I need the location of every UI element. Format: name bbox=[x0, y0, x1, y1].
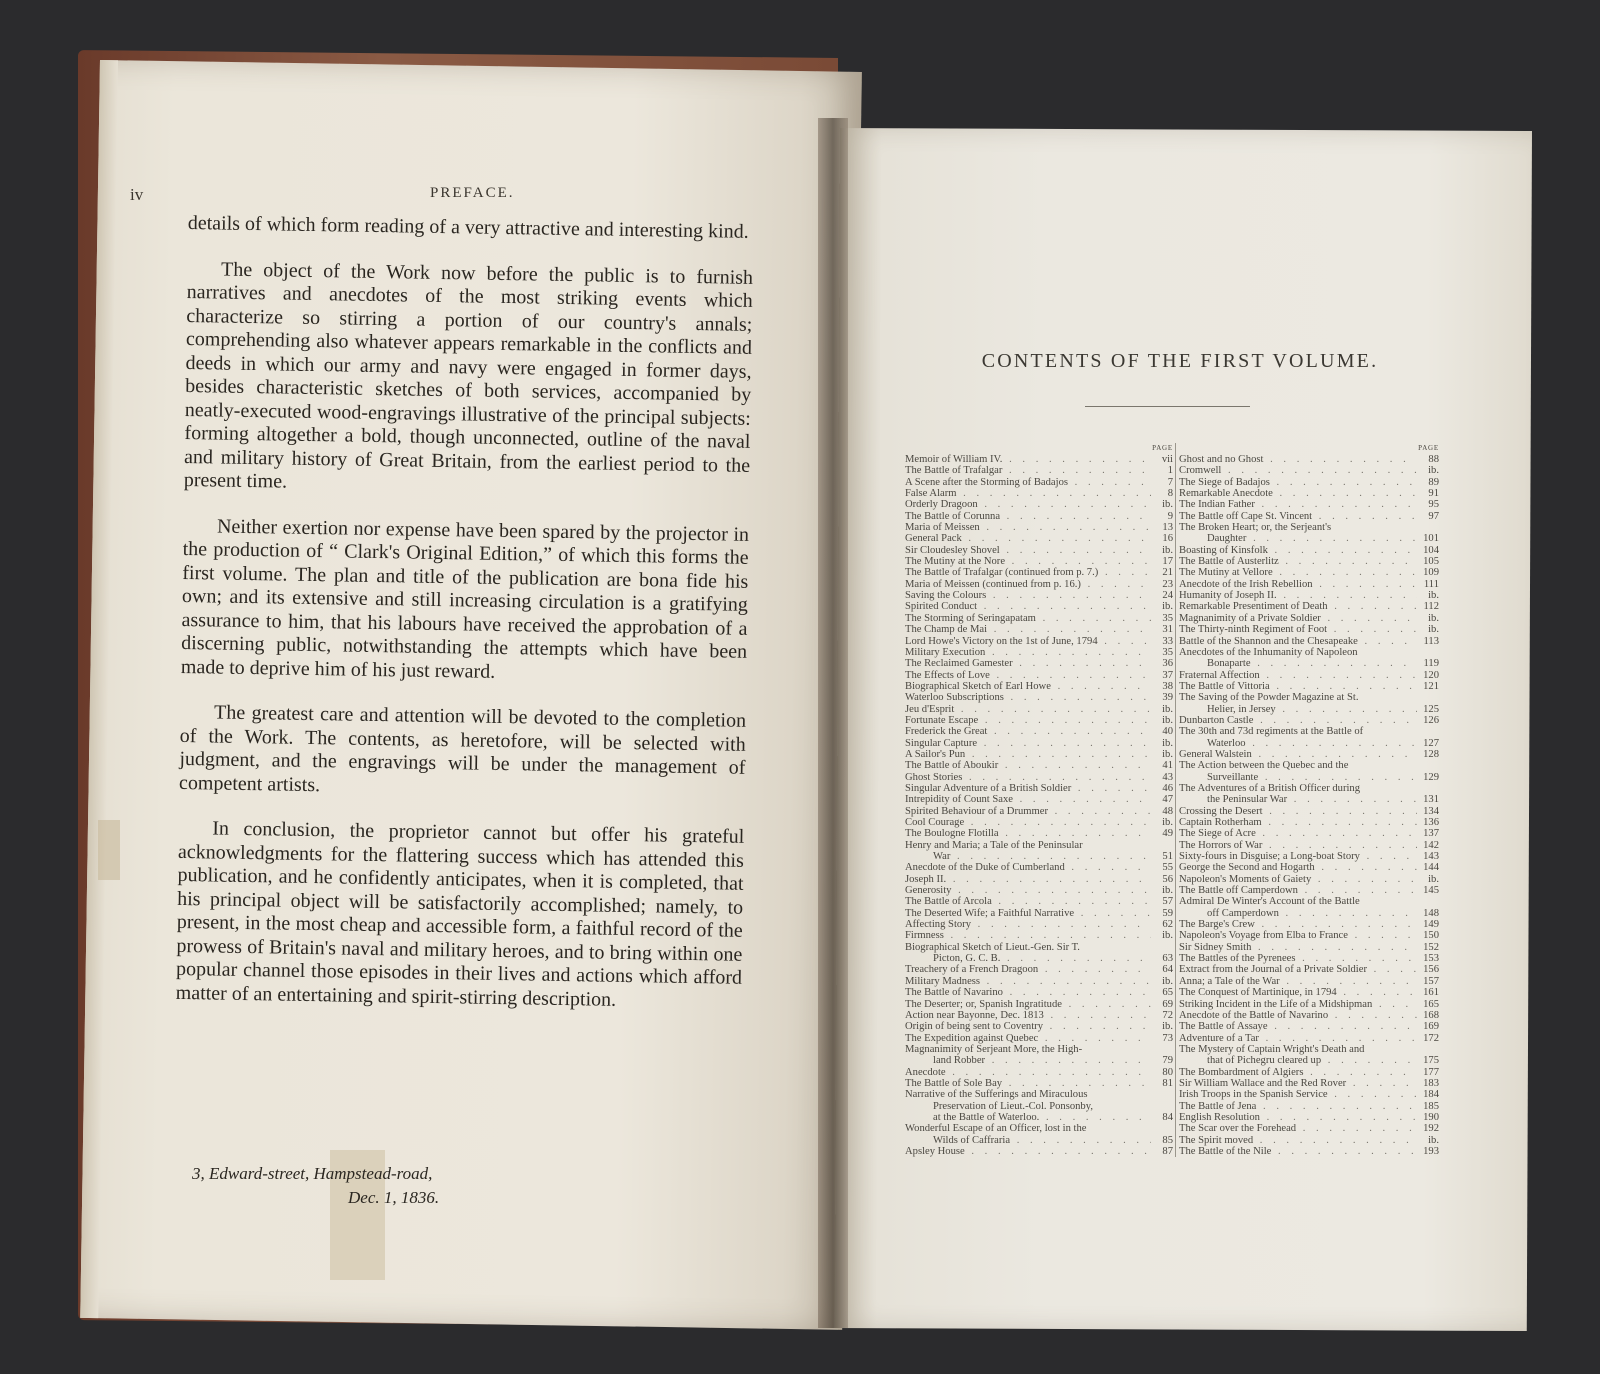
toc-entry: Biographical Sketch of Earl Howe38 bbox=[905, 681, 1173, 692]
toc-entry-page: 169 bbox=[1417, 1021, 1439, 1032]
toc-entry-page: 1 bbox=[1151, 465, 1173, 476]
toc-entry-page: ib. bbox=[1151, 545, 1173, 556]
toc-entry-page: 177 bbox=[1417, 1067, 1439, 1078]
toc-entry-page: 8 bbox=[1151, 488, 1173, 499]
toc-entry-title: The Bombardment of Algiers bbox=[1179, 1067, 1417, 1078]
toc-entry: The Battle of Arcola57 bbox=[905, 896, 1173, 907]
title-rule bbox=[1085, 406, 1250, 407]
toc-entry-title: Affecting Story bbox=[905, 919, 1151, 930]
toc-entry-title: The Saving of the Powder Magazine at St. bbox=[1179, 692, 1417, 703]
toc-entry: Extract from the Journal of a Private So… bbox=[1179, 964, 1439, 975]
toc-entry-page: 65 bbox=[1151, 987, 1173, 998]
toc-entry-page: 134 bbox=[1417, 806, 1439, 817]
toc-entry-page: 183 bbox=[1417, 1078, 1439, 1089]
signoff-date: Dec. 1, 1836. bbox=[192, 1186, 439, 1210]
toc-entry: Spirited Conductib. bbox=[905, 601, 1173, 612]
toc-entry-page: 79 bbox=[1151, 1055, 1173, 1066]
toc-entry-page: ib. bbox=[1151, 885, 1173, 896]
toc-entry: The Battles of the Pyrenees153 bbox=[1179, 953, 1439, 964]
running-head-title: PREFACE. bbox=[430, 185, 515, 202]
toc-entry: Waterloo Subscriptions39 bbox=[905, 692, 1173, 703]
toc-entry-title: The Barge's Crew bbox=[1179, 919, 1417, 930]
toc-entry-page: 38 bbox=[1151, 681, 1173, 692]
toc-entry-page: 136 bbox=[1417, 817, 1439, 828]
toc-entry-page: 17 bbox=[1151, 556, 1173, 567]
toc-entry-page: ib. bbox=[1417, 465, 1439, 476]
toc-entry-page: 113 bbox=[1417, 636, 1439, 647]
toc-entry: Ghost Stories43 bbox=[905, 772, 1173, 783]
toc-entry-page: 72 bbox=[1151, 1010, 1173, 1021]
toc-entry-page: ib. bbox=[1151, 1021, 1173, 1032]
toc-entry-page: 121 bbox=[1417, 681, 1439, 692]
toc-entry-page: 143 bbox=[1417, 851, 1439, 862]
toc-entry-title: The Indian Father bbox=[1179, 499, 1417, 510]
toc-entry-page: 142 bbox=[1417, 840, 1439, 851]
toc-entry-title: Striking Incident in the Life of a Midsh… bbox=[1179, 999, 1417, 1010]
toc-column-left: PAGE Memoir of William IV.viiThe Battle … bbox=[905, 443, 1173, 1157]
toc-entry-title: The Battle of Aboukir bbox=[905, 760, 1151, 771]
toc-entry-title: Waterloo Subscriptions bbox=[905, 692, 1151, 703]
toc-entry-page: 35 bbox=[1151, 647, 1173, 658]
toc-entry: The Saving of the Powder Magazine at St. bbox=[1179, 692, 1439, 703]
toc-entry-title: The Battle of Navarino bbox=[905, 987, 1151, 998]
toc-entry-title: Cool Courage bbox=[905, 817, 1151, 828]
toc-entry: Singular Adventure of a British Soldier4… bbox=[905, 783, 1173, 794]
toc-entry: Picton, G. C. B.63 bbox=[905, 953, 1173, 964]
toc-entry-page: 145 bbox=[1417, 885, 1439, 896]
toc-entry-page: 62 bbox=[1151, 919, 1173, 930]
toc-entry: the Peninsular War131 bbox=[1179, 794, 1439, 805]
toc-entry-page: 192 bbox=[1417, 1123, 1439, 1134]
toc-entry-page: 156 bbox=[1417, 964, 1439, 975]
toc-entry: Boasting of Kinsfolk104 bbox=[1179, 545, 1439, 556]
toc-entry-page: 175 bbox=[1417, 1055, 1439, 1066]
toc-entry-page: 36 bbox=[1151, 658, 1173, 669]
toc-entry: The Battle of Corunna9 bbox=[905, 511, 1173, 522]
toc-entry: Affecting Story62 bbox=[905, 919, 1173, 930]
toc-entry-title: The Conquest of Martinique, in 1794 bbox=[1179, 987, 1417, 998]
toc-entry-page: 126 bbox=[1417, 715, 1439, 726]
toc-entry-title: The Mutiny at the Nore bbox=[905, 556, 1151, 567]
toc-entry: The Scar over the Forehead192 bbox=[1179, 1123, 1439, 1134]
toc-entry: Bonaparte119 bbox=[1179, 658, 1439, 669]
toc-entry-title: Intrepidity of Count Saxe bbox=[905, 794, 1151, 805]
toc-entry-page: 165 bbox=[1417, 999, 1439, 1010]
toc-entry: A Sailor's Punib. bbox=[905, 749, 1173, 760]
toc-entry-page: 144 bbox=[1417, 862, 1439, 873]
toc-entry-page: 157 bbox=[1417, 976, 1439, 987]
toc-entry-page: 185 bbox=[1417, 1101, 1439, 1112]
toc-entry-title: The Effects of Love bbox=[905, 670, 1151, 681]
toc-entry: Joseph II.56 bbox=[905, 874, 1173, 885]
toc-entry-title: English Resolution bbox=[1179, 1112, 1417, 1123]
toc-entry: The 30th and 73d regiments at the Battle… bbox=[1179, 726, 1439, 737]
toc-entry-page: 55 bbox=[1151, 862, 1173, 873]
toc-entry: Firmnessib. bbox=[905, 930, 1173, 941]
toc-entry-title: The Mystery of Captain Wright's Death an… bbox=[1179, 1044, 1417, 1055]
toc-entry-title: Anecdote of the Irish Rebellion bbox=[1179, 579, 1417, 590]
toc-entry-page: 24 bbox=[1151, 590, 1173, 601]
toc-entry: Fortunate Escapeib. bbox=[905, 715, 1173, 726]
toc-entry-page: 148 bbox=[1417, 908, 1439, 919]
toc-entry-page: 49 bbox=[1151, 828, 1173, 839]
toc-entry: Wilds of Caffraria85 bbox=[905, 1135, 1173, 1146]
toc-entry: Wonderful Escape of an Officer, lost in … bbox=[905, 1123, 1173, 1134]
toc-entry-title: Singular Adventure of a British Soldier bbox=[905, 783, 1151, 794]
toc-entry-title: Spirited Behaviour of a Drummer bbox=[905, 806, 1151, 817]
toc-entry: Sir Cloudesley Shovelib. bbox=[905, 545, 1173, 556]
toc-entry-page: 59 bbox=[1151, 908, 1173, 919]
preface-paragraph: The greatest care and attention will be … bbox=[179, 701, 746, 804]
toc-entry: Spirited Behaviour of a Drummer48 bbox=[905, 806, 1173, 817]
toc-entry-title: The Mutiny at Vellore bbox=[1179, 567, 1417, 578]
toc-entry-page: ib. bbox=[1151, 749, 1173, 760]
toc-entry: Crossing the Desert134 bbox=[1179, 806, 1439, 817]
toc-entry: The Expedition against Quebec73 bbox=[905, 1033, 1173, 1044]
toc-entry: Ghost and no Ghost88 bbox=[1179, 454, 1439, 465]
toc-entry-title: The Spirit moved bbox=[1179, 1135, 1417, 1146]
toc-entry-page: 149 bbox=[1417, 919, 1439, 930]
toc-entry: Treachery of a French Dragoon64 bbox=[905, 964, 1173, 975]
toc-entry: Sir William Wallace and the Red Rover183 bbox=[1179, 1078, 1439, 1089]
toc-entry-title: Frederick the Great bbox=[905, 726, 1151, 737]
toc-entry-title: The Battles of the Pyrenees bbox=[1179, 953, 1417, 964]
toc-entry-page: ib. bbox=[1417, 590, 1439, 601]
toc-entry: The Battle of Trafalgar (continued from … bbox=[905, 567, 1173, 578]
toc-entry-title: Orderly Dragoon bbox=[905, 499, 1151, 510]
paper-stain bbox=[98, 820, 120, 880]
preface-text: details of which form reading of a very … bbox=[175, 212, 754, 1036]
toc-entry-title: land Robber bbox=[905, 1055, 1151, 1066]
toc-entry-title: Helier, in Jersey bbox=[1179, 704, 1417, 715]
toc-entry: Sixty-fours in Disguise; a Long-boat Sto… bbox=[1179, 851, 1439, 862]
toc-entry: The Thirty-ninth Regiment of Footib. bbox=[1179, 624, 1439, 635]
toc-entry-title: Saving the Colours bbox=[905, 590, 1151, 601]
toc-entry-title: George the Second and Hogarth bbox=[1179, 862, 1417, 873]
toc-entry-title: The Champ de Mai bbox=[905, 624, 1151, 635]
toc-entry-title: at the Battle of Waterloo. bbox=[905, 1112, 1151, 1123]
toc-entry-title: False Alarm bbox=[905, 488, 1151, 499]
toc-entry: Magnanimity of Serjeant More, the High- bbox=[905, 1044, 1173, 1055]
toc-entry-title: The Battle of the Nile bbox=[1179, 1146, 1417, 1157]
toc-entry: Dunbarton Castle126 bbox=[1179, 715, 1439, 726]
toc-entry: The Deserter; or, Spanish Ingratitude69 bbox=[905, 999, 1173, 1010]
toc-entry-page: 97 bbox=[1417, 511, 1439, 522]
toc-entry: The Battle of Navarino65 bbox=[905, 987, 1173, 998]
toc-entry: The Mystery of Captain Wright's Death an… bbox=[1179, 1044, 1439, 1055]
toc-entry-title: The 30th and 73d regiments at the Battle… bbox=[1179, 726, 1417, 737]
toc-entry-page: 35 bbox=[1151, 613, 1173, 624]
toc-entry-page: ib. bbox=[1151, 738, 1173, 749]
toc-entry-title: The Reclaimed Gamester bbox=[905, 658, 1151, 669]
toc-entry-page: 104 bbox=[1417, 545, 1439, 556]
toc-entry-page: 125 bbox=[1417, 704, 1439, 715]
toc-entry: The Boulogne Flotilla49 bbox=[905, 828, 1173, 839]
toc-entry-title: Waterloo bbox=[1179, 738, 1417, 749]
toc-entry-title: Adventure of a Tar bbox=[1179, 1033, 1417, 1044]
toc-entry-title: Sir Cloudesley Shovel bbox=[905, 545, 1151, 556]
page-column-header: PAGE bbox=[905, 443, 1173, 454]
toc-entry-title: The Battle off Camperdown bbox=[1179, 885, 1417, 896]
toc-entry: Napoleon's Moments of Gaietyib. bbox=[1179, 874, 1439, 885]
toc-entry-title: The Boulogne Flotilla bbox=[905, 828, 1151, 839]
toc-entry: off Camperdown148 bbox=[1179, 908, 1439, 919]
toc-entry: The Battle of Sole Bay81 bbox=[905, 1078, 1173, 1089]
toc-entry: Anecdote80 bbox=[905, 1067, 1173, 1078]
toc-entry: The Siege of Acre137 bbox=[1179, 828, 1439, 839]
toc-entry: The Siege of Badajos89 bbox=[1179, 477, 1439, 488]
toc-entry-title: Origin of being sent to Coventry bbox=[905, 1021, 1151, 1032]
toc-entry: The Battle of Vittoria121 bbox=[1179, 681, 1439, 692]
toc-entry-title: Admiral De Winter's Account of the Battl… bbox=[1179, 896, 1417, 907]
toc-entry: Helier, in Jersey125 bbox=[1179, 704, 1439, 715]
toc-entry: Captain Rotherham136 bbox=[1179, 817, 1439, 828]
toc-entry-page: 88 bbox=[1417, 454, 1439, 465]
toc-entry: that of Pichegru cleared up175 bbox=[1179, 1055, 1439, 1066]
toc-entry-page: 21 bbox=[1151, 567, 1173, 578]
toc-entry-page: 119 bbox=[1417, 658, 1439, 669]
toc-entry-title: General Pack bbox=[905, 533, 1151, 544]
toc-entry-page: 39 bbox=[1151, 692, 1173, 703]
toc-entry-title: Sir Sidney Smith bbox=[1179, 942, 1417, 953]
toc-entry: Admiral De Winter's Account of the Battl… bbox=[1179, 896, 1439, 907]
toc-entry: Waterloo127 bbox=[1179, 738, 1439, 749]
toc-entry-title: Captain Rotherham bbox=[1179, 817, 1417, 828]
toc-entry: The Spirit movedib. bbox=[1179, 1135, 1439, 1146]
toc-entry-title: Remarkable Anecdote bbox=[1179, 488, 1417, 499]
toc-entry-title: Apsley House bbox=[905, 1146, 1151, 1157]
toc-entry: The Action between the Quebec and the bbox=[1179, 760, 1439, 771]
toc-entry: Lord Howe's Victory on the 1st of June, … bbox=[905, 636, 1173, 647]
toc-entry-title: The Broken Heart; or, the Serjeant's bbox=[1179, 522, 1417, 533]
toc-entry: General Pack16 bbox=[905, 533, 1173, 544]
toc-entry-title: War bbox=[905, 851, 1151, 862]
toc-entry-title: Surveillante bbox=[1179, 772, 1417, 783]
toc-entry-title: The Battle of Jena bbox=[1179, 1101, 1417, 1112]
toc-entry-title: Ghost Stories bbox=[905, 772, 1151, 783]
toc-entry-page: 129 bbox=[1417, 772, 1439, 783]
toc-entry-title: The Siege of Badajos bbox=[1179, 477, 1417, 488]
toc-entry-page: ib. bbox=[1151, 715, 1173, 726]
toc-entry-title: Biographical Sketch of Earl Howe bbox=[905, 681, 1151, 692]
toc-entry: Origin of being sent to Coventryib. bbox=[905, 1021, 1173, 1032]
toc-entry-title: Dunbarton Castle bbox=[1179, 715, 1417, 726]
toc-entry-title: Napoleon's Moments of Gaiety bbox=[1179, 874, 1417, 885]
toc-entry: Remarkable Anecdote91 bbox=[1179, 488, 1439, 499]
preface-paragraph: Neither exertion nor expense have been s… bbox=[181, 514, 750, 687]
toc-entry: Maria of Meissen13 bbox=[905, 522, 1173, 533]
toc-entry: Anecdote of the Duke of Cumberland55 bbox=[905, 862, 1173, 873]
toc-entry: The Reclaimed Gamester36 bbox=[905, 658, 1173, 669]
toc-entry-page: 152 bbox=[1417, 942, 1439, 953]
toc-entry-title: Singular Capture bbox=[905, 738, 1151, 749]
toc-entry-page: 95 bbox=[1417, 499, 1439, 510]
toc-entry-title: Anecdote of the Battle of Navarino bbox=[1179, 1010, 1417, 1021]
toc-entry-page: 69 bbox=[1151, 999, 1173, 1010]
toc-entry: The Battle of Trafalgar1 bbox=[905, 465, 1173, 476]
toc-entry: War51 bbox=[905, 851, 1173, 862]
toc-entry-title: The Siege of Acre bbox=[1179, 828, 1417, 839]
toc-entry: Daughter101 bbox=[1179, 533, 1439, 544]
toc-entry-title: Memoir of William IV. bbox=[905, 454, 1151, 465]
toc-entry: Jeu d'Espritib. bbox=[905, 704, 1173, 715]
toc-rows: Ghost and no Ghost88Cromwellib.The Siege… bbox=[1179, 454, 1439, 1157]
toc-entry: Saving the Colours24 bbox=[905, 590, 1173, 601]
toc-entry-page: 112 bbox=[1417, 601, 1439, 612]
toc-entry-title: Ghost and no Ghost bbox=[1179, 454, 1417, 465]
toc-entry-title: Anecdote of the Duke of Cumberland bbox=[905, 862, 1151, 873]
toc-entry: Orderly Dragoonib. bbox=[905, 499, 1173, 510]
toc-entry-page: 84 bbox=[1151, 1112, 1173, 1123]
toc-entry: The Mutiny at Vellore109 bbox=[1179, 567, 1439, 578]
toc-entry-page: ib. bbox=[1151, 976, 1173, 987]
toc-entry-title: Narrative of the Sufferings and Miraculo… bbox=[905, 1089, 1151, 1100]
toc-entry-title: Battle of the Shannon and the Chesapeake bbox=[1179, 636, 1417, 647]
toc-entry-title: Cromwell bbox=[1179, 465, 1417, 476]
toc-entry-page: 101 bbox=[1417, 533, 1439, 544]
toc-entry-title: Anecdotes of the Inhumanity of Napoleon bbox=[1179, 647, 1417, 658]
toc-entry: Action near Bayonne, Dec. 181372 bbox=[905, 1010, 1173, 1021]
toc-entry: The Indian Father95 bbox=[1179, 499, 1439, 510]
toc-entry: The Champ de Mai31 bbox=[905, 624, 1173, 635]
toc-entry-page: 153 bbox=[1417, 953, 1439, 964]
toc-entry: Apsley House87 bbox=[905, 1146, 1173, 1157]
toc-entry: Adventure of a Tar172 bbox=[1179, 1033, 1439, 1044]
toc-entry-title: The Storming of Seringapatam bbox=[905, 613, 1151, 624]
toc-entry-page: ib. bbox=[1151, 817, 1173, 828]
toc-entry-page: ib. bbox=[1417, 874, 1439, 885]
page-number: iv bbox=[130, 185, 143, 205]
toc-entry-title: Generosity bbox=[905, 885, 1151, 896]
toc-entry: The Mutiny at the Nore17 bbox=[905, 556, 1173, 567]
toc-entry-page: 73 bbox=[1151, 1033, 1173, 1044]
contents-title: CONTENTS OF THE FIRST VOLUME. bbox=[950, 350, 1410, 373]
toc-entry: Memoir of William IV.vii bbox=[905, 454, 1173, 465]
toc-entry: The Conquest of Martinique, in 1794161 bbox=[1179, 987, 1439, 998]
toc-entry: Narrative of the Sufferings and Miraculo… bbox=[905, 1089, 1173, 1100]
toc-entry: George the Second and Hogarth144 bbox=[1179, 862, 1439, 873]
toc-entry-title: The Battle of Trafalgar bbox=[905, 465, 1151, 476]
toc-entry: at the Battle of Waterloo.84 bbox=[905, 1112, 1173, 1123]
toc-entry-title: The Scar over the Forehead bbox=[1179, 1123, 1417, 1134]
toc-entry-title: Maria of Meissen (continued from p. 16.) bbox=[905, 579, 1151, 590]
toc-entry-title: Daughter bbox=[1179, 533, 1417, 544]
toc-entry-page: 37 bbox=[1151, 670, 1173, 681]
toc-entry-title: Henry and Maria; a Tale of the Peninsula… bbox=[905, 840, 1151, 851]
toc-entry-title: The Battle of Vittoria bbox=[1179, 681, 1417, 692]
toc-entry-title: Irish Troops in the Spanish Service bbox=[1179, 1089, 1417, 1100]
toc-entry-title: The Battle of Austerlitz bbox=[1179, 556, 1417, 567]
toc-entry: The Battle of Aboukir41 bbox=[905, 760, 1173, 771]
toc-entry-title: The Action between the Quebec and the bbox=[1179, 760, 1417, 771]
toc-entry: The Effects of Love37 bbox=[905, 670, 1173, 681]
toc-entry-page: 89 bbox=[1417, 477, 1439, 488]
toc-entry-page: 9 bbox=[1151, 511, 1173, 522]
book-gutter bbox=[818, 118, 848, 1328]
toc-entry-title: Joseph II. bbox=[905, 874, 1151, 885]
toc-entry-page: 85 bbox=[1151, 1135, 1173, 1146]
toc-entry: Anecdote of the Battle of Navarino168 bbox=[1179, 1010, 1439, 1021]
toc-entry-title: Remarkable Presentiment of Death bbox=[1179, 601, 1417, 612]
toc-entry-title: Boasting of Kinsfolk bbox=[1179, 545, 1417, 556]
toc-entry-title: Treachery of a French Dragoon bbox=[905, 964, 1151, 975]
signoff-address: 3, Edward-street, Hampstead-road, bbox=[192, 1162, 439, 1186]
toc-entry-title: Bonaparte bbox=[1179, 658, 1417, 669]
toc-entry: Sir Sidney Smith152 bbox=[1179, 942, 1439, 953]
page-column-header: PAGE bbox=[1179, 443, 1439, 454]
toc-entry-page: 31 bbox=[1151, 624, 1173, 635]
toc-entry: The Battle of Jena185 bbox=[1179, 1101, 1439, 1112]
toc-entry-title: The Horrors of War bbox=[1179, 840, 1417, 851]
toc-entry: The Battle of the Nile193 bbox=[1179, 1146, 1439, 1157]
toc-entry-title: Extract from the Journal of a Private So… bbox=[1179, 964, 1417, 975]
toc-entry: The Barge's Crew149 bbox=[1179, 919, 1439, 930]
toc-entry-page: 131 bbox=[1417, 794, 1439, 805]
toc-entry-title: Biographical Sketch of Lieut.-Gen. Sir T… bbox=[905, 942, 1151, 953]
toc-entry-page: 51 bbox=[1151, 851, 1173, 862]
toc-entry-page: 87 bbox=[1151, 1146, 1173, 1157]
toc-entry: land Robber79 bbox=[905, 1055, 1173, 1066]
toc-entry: Anna; a Tale of the War157 bbox=[1179, 976, 1439, 987]
toc-entry-title: General Walstein bbox=[1179, 749, 1417, 760]
toc-entry: Biographical Sketch of Lieut.-Gen. Sir T… bbox=[905, 942, 1173, 953]
toc-entry: Maria of Meissen (continued from p. 16.)… bbox=[905, 579, 1173, 590]
toc-entry-page: 184 bbox=[1417, 1089, 1439, 1100]
toc-entry: Generosityib. bbox=[905, 885, 1173, 896]
toc-entry-page: vii bbox=[1151, 454, 1173, 465]
toc-entry-title: Napoleon's Voyage from Elba to France bbox=[1179, 930, 1417, 941]
toc-entry: The Bombardment of Algiers177 bbox=[1179, 1067, 1439, 1078]
toc-entry-page: 193 bbox=[1417, 1146, 1439, 1157]
toc-entry-title: The Battle of Sole Bay bbox=[905, 1078, 1151, 1089]
toc-entry: The Battle of Austerlitz105 bbox=[1179, 556, 1439, 567]
toc-entry: False Alarm8 bbox=[905, 488, 1173, 499]
toc-entry-page: 150 bbox=[1417, 930, 1439, 941]
toc-entry-page: 111 bbox=[1417, 579, 1439, 590]
toc-entry-page: 7 bbox=[1151, 477, 1173, 488]
toc-entry-title: Sixty-fours in Disguise; a Long-boat Sto… bbox=[1179, 851, 1417, 862]
toc-entry: English Resolution190 bbox=[1179, 1112, 1439, 1123]
toc-entry: Singular Captureib. bbox=[905, 738, 1173, 749]
toc-entry-page: 80 bbox=[1151, 1067, 1173, 1078]
toc-entry-title: that of Pichegru cleared up bbox=[1179, 1055, 1417, 1066]
toc-entry: Military Execution35 bbox=[905, 647, 1173, 658]
toc-entry: Fraternal Affection120 bbox=[1179, 670, 1439, 681]
toc-rows: Memoir of William IV.viiThe Battle of Tr… bbox=[905, 454, 1173, 1157]
toc-entry: Humanity of Joseph II.ib. bbox=[1179, 590, 1439, 601]
toc-entry-page: 56 bbox=[1151, 874, 1173, 885]
toc-entry-title: Preservation of Lieut.-Col. Ponsonby, bbox=[905, 1101, 1151, 1112]
toc-entry-page: ib. bbox=[1151, 704, 1173, 715]
toc-entry-title: Fortunate Escape bbox=[905, 715, 1151, 726]
toc-entry: Irish Troops in the Spanish Service184 bbox=[1179, 1089, 1439, 1100]
toc-entry-title: Wonderful Escape of an Officer, lost in … bbox=[905, 1123, 1151, 1134]
toc-entry: Preservation of Lieut.-Col. Ponsonby, bbox=[905, 1101, 1173, 1112]
toc-entry-title: Crossing the Desert bbox=[1179, 806, 1417, 817]
toc-entry-page: ib. bbox=[1151, 930, 1173, 941]
toc-entry-title: The Battle of Corunna bbox=[905, 511, 1151, 522]
toc-entry-page: 91 bbox=[1417, 488, 1439, 499]
toc-entry-page: 41 bbox=[1151, 760, 1173, 771]
toc-entry-title: Anecdote bbox=[905, 1067, 1151, 1078]
preface-paragraph: The object of the Work now before the pu… bbox=[184, 257, 754, 501]
toc-entry-page: ib. bbox=[1417, 1135, 1439, 1146]
toc-entry: The Adventures of a British Officer duri… bbox=[1179, 783, 1439, 794]
toc-entry-page: 43 bbox=[1151, 772, 1173, 783]
toc-entry-page: ib. bbox=[1151, 499, 1173, 510]
toc-entry: Remarkable Presentiment of Death112 bbox=[1179, 601, 1439, 612]
toc-entry-page: 168 bbox=[1417, 1010, 1439, 1021]
